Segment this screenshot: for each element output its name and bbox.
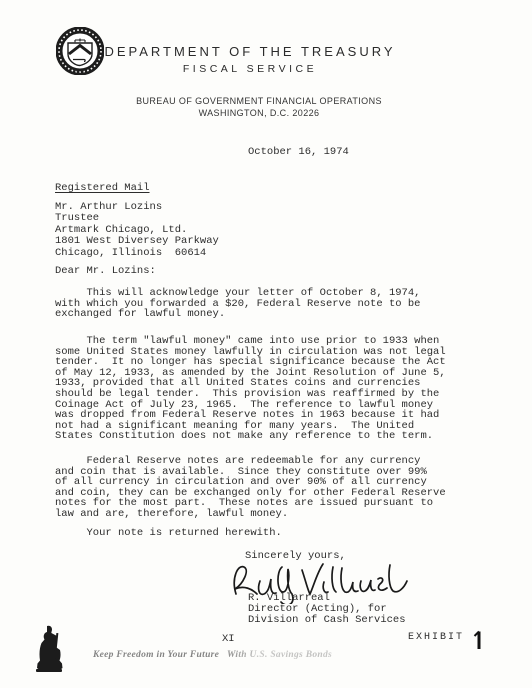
scanned-letter-page: 1789 DEPARTMENT OF THE TREASURY FISCAL S… <box>0 0 532 688</box>
exhibit-stamp: EXHIBIT <box>408 630 483 650</box>
letterhead-city: WASHINGTON, D.C. 20226 <box>0 108 518 118</box>
letterhead-service: FISCAL SERVICE <box>0 63 500 75</box>
salutation: Dear Mr. Lozins: <box>55 266 156 277</box>
letterhead-bureau: BUREAU OF GOVERNMENT FINANCIAL OPERATION… <box>0 96 518 106</box>
savings-bond-slogan: Keep Freedom in Your Future With U.S. Sa… <box>93 650 413 660</box>
body-paragraph-1: This will acknowledge your letter of Oct… <box>55 288 420 320</box>
letter-date: October 16, 1974 <box>248 147 349 158</box>
recipient-address-block: Mr. Arthur Lozins Trustee Artmark Chicag… <box>55 202 219 259</box>
letterhead-department: DEPARTMENT OF THE TREASURY <box>0 44 500 59</box>
typed-signature-block: R. Villarreal Director (Acting), for Div… <box>248 593 406 626</box>
exhibit-label: EXHIBIT <box>408 630 464 644</box>
minuteman-statue-icon <box>33 625 65 673</box>
body-paragraph-4: Your note is returned herewith. <box>55 528 282 539</box>
page-number: XI <box>222 634 235 645</box>
body-paragraph-2: The term "lawful money" came into use pr… <box>55 336 446 442</box>
exhibit-number-icon <box>473 630 483 650</box>
mail-type-label: Registered Mail <box>55 183 150 194</box>
body-paragraph-3: Federal Reserve notes are redeemable for… <box>55 456 446 520</box>
